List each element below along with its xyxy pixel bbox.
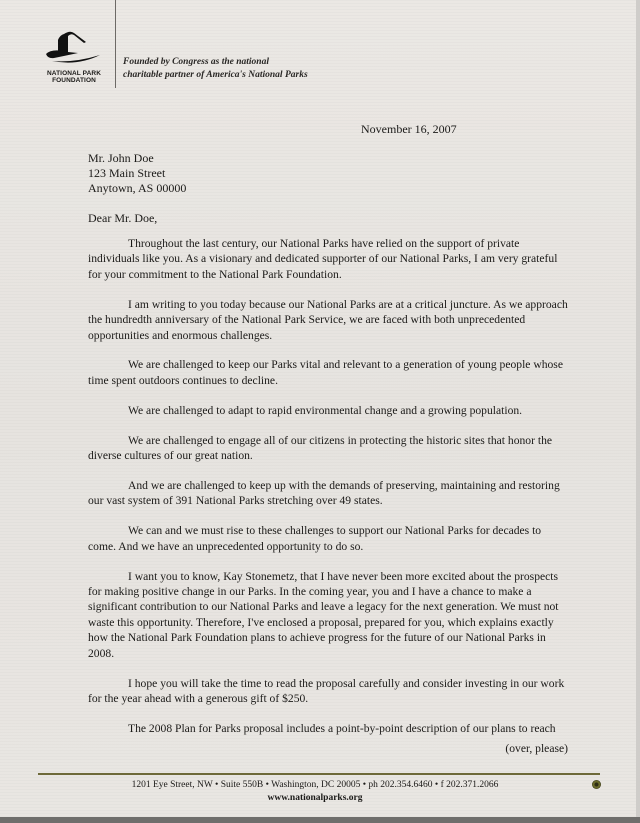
recipient-street: 123 Main Street [88, 166, 186, 181]
footer-address: 1201 Eye Street, NW • Suite 550B • Washi… [0, 780, 640, 790]
ranger-hat-icon [44, 30, 104, 70]
letter-date: November 16, 2007 [361, 122, 457, 137]
letter-body: Throughout the last century, our Nationa… [88, 236, 571, 751]
paragraph: We are challenged to keep our Parks vita… [88, 357, 571, 388]
salutation: Dear Mr. Doe, [88, 211, 157, 226]
footer-website: www.nationalparks.org [0, 793, 640, 803]
recipient-address: Mr. John Doe 123 Main Street Anytown, AS… [88, 151, 186, 196]
paragraph: We are challenged to engage all of our c… [88, 433, 571, 464]
recycled-paper-icon [592, 780, 601, 789]
paragraph: We are challenged to adapt to rapid envi… [88, 403, 571, 418]
org-name-line1: NATIONAL PARK [38, 70, 110, 77]
org-name-line2: FOUNDATION [38, 77, 110, 84]
paragraph: And we are challenged to keep up with th… [88, 478, 571, 509]
paragraph: I want you to know, Kay Stonemetz, that … [88, 569, 571, 661]
paragraph: The 2008 Plan for Parks proposal include… [88, 721, 571, 736]
footer-rule [38, 773, 600, 775]
letterhead-divider [115, 0, 116, 88]
paragraph: I am writing to you today because our Na… [88, 297, 571, 343]
recipient-city: Anytown, AS 00000 [88, 181, 186, 196]
tagline: Founded by Congress as the national char… [123, 56, 308, 81]
scan-edge [636, 0, 640, 823]
continuation-note: (over, please) [505, 742, 568, 755]
letter-page: NATIONAL PARK FOUNDATION Founded by Cong… [0, 0, 640, 823]
paragraph: Throughout the last century, our Nationa… [88, 236, 571, 282]
paragraph: I hope you will take the time to read th… [88, 676, 571, 707]
paragraph: We can and we must rise to these challen… [88, 523, 571, 554]
scan-edge [0, 817, 640, 823]
recipient-name: Mr. John Doe [88, 151, 186, 166]
logo: NATIONAL PARK FOUNDATION [38, 30, 110, 88]
